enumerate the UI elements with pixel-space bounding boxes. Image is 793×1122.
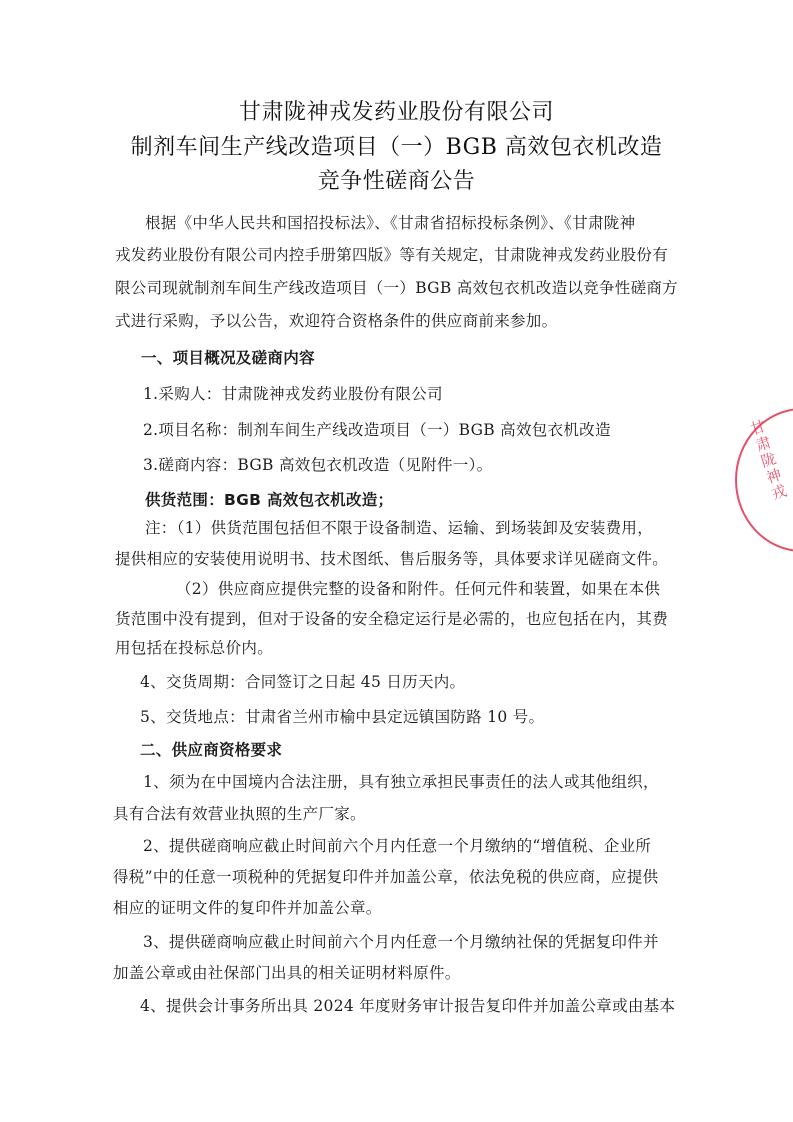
- intro-line: 限公司现就制剂车间生产线改造项目（一）BGB 高效包衣机改造以竞争性磋商方: [115, 278, 678, 298]
- title-notice-type: 竞争性磋商公告: [0, 165, 793, 199]
- requirement-line: 1、须为在中国境内合法注册，具有独立承担民事责任的法人或其他组织，: [143, 772, 659, 792]
- note-line: 用包括在投标总价内。: [115, 638, 273, 658]
- note-line: 注：（1）供货范围包括但不限于设备制造、运输、到场装卸及安装费用，: [145, 518, 653, 538]
- list-item: 2.项目名称：制剂车间生产线改造项目（一）BGB 高效包衣机改造: [143, 420, 611, 440]
- requirement-line: 4、提供会计事务所出具 2024 年度财务审计报告复印件并加盖公章或由基本: [140, 996, 675, 1016]
- note-line: 提供相应的安装使用说明书、技术图纸、售后服务等，具体要求详见磋商文件。: [115, 549, 668, 569]
- list-item: 1.采购人：甘肃陇神戎发药业股份有限公司: [143, 384, 443, 404]
- requirement-line: 得税”中的任意一项税种的凭据复印件并加盖公章，依法免税的供应商，应提供: [113, 867, 658, 887]
- title-company: 甘肃陇神戎发药业股份有限公司: [0, 96, 793, 130]
- requirement-line: 具有合法有效营业执照的生产厂家。: [113, 804, 366, 824]
- list-item: 4、交货周期：合同签订之日起 45 日历天内。: [140, 672, 465, 692]
- intro-line: 式进行采购，予以公告，欢迎符合资格条件的供应商前来参加。: [115, 311, 557, 331]
- list-item: 5、交货地点：甘肃省兰州市榆中县定远镇国防路 10 号。: [140, 707, 544, 727]
- section-heading: 二、供应商资格要求: [140, 740, 282, 760]
- section-heading: 一、项目概况及磋商内容: [141, 348, 315, 368]
- list-item: 3.磋商内容：BGB 高效包衣机改造（见附件一）。: [143, 455, 492, 475]
- requirement-line: 相应的证明文件的复印件并加盖公章。: [113, 898, 382, 918]
- requirement-line: 3、提供磋商响应截止时间前六个月内任意一个月缴纳社保的凭据复印件并: [143, 932, 659, 952]
- note-line: 货范围中没有提到，但对于设备的安全稳定运行是必需的，也应包括在内，其费: [115, 609, 668, 629]
- requirement-line: 加盖公章或由社保部门出具的相关证明材料原件。: [113, 963, 461, 983]
- document-title: 甘肃陇神戎发药业股份有限公司 制剂车间生产线改造项目（一）BGB 高效包衣机改造…: [0, 96, 793, 199]
- document-page: 甘肃陇神戎发药业股份有限公司 制剂车间生产线改造项目（一）BGB 高效包衣机改造…: [0, 0, 793, 1122]
- intro-line: 戎发药业股份有限公司内控手册第四版》等有关规定，甘肃陇神戎发药业股份有: [115, 245, 668, 265]
- title-project: 制剂车间生产线改造项目（一）BGB 高效包衣机改造: [0, 131, 793, 165]
- note-line: （2）供应商应提供完整的设备和附件。任何元件和装置，如果在本供: [176, 579, 660, 599]
- supply-scope: 供货范围：BGB 高效包衣机改造；: [145, 490, 393, 510]
- intro-line: 根据《中华人民共和国招投标法》、《甘肃省招标投标条例》、《甘肃陇神: [145, 213, 635, 233]
- requirement-line: 2、提供磋商响应截止时间前六个月内任意一个月缴纳的“增值税、企业所: [143, 836, 651, 856]
